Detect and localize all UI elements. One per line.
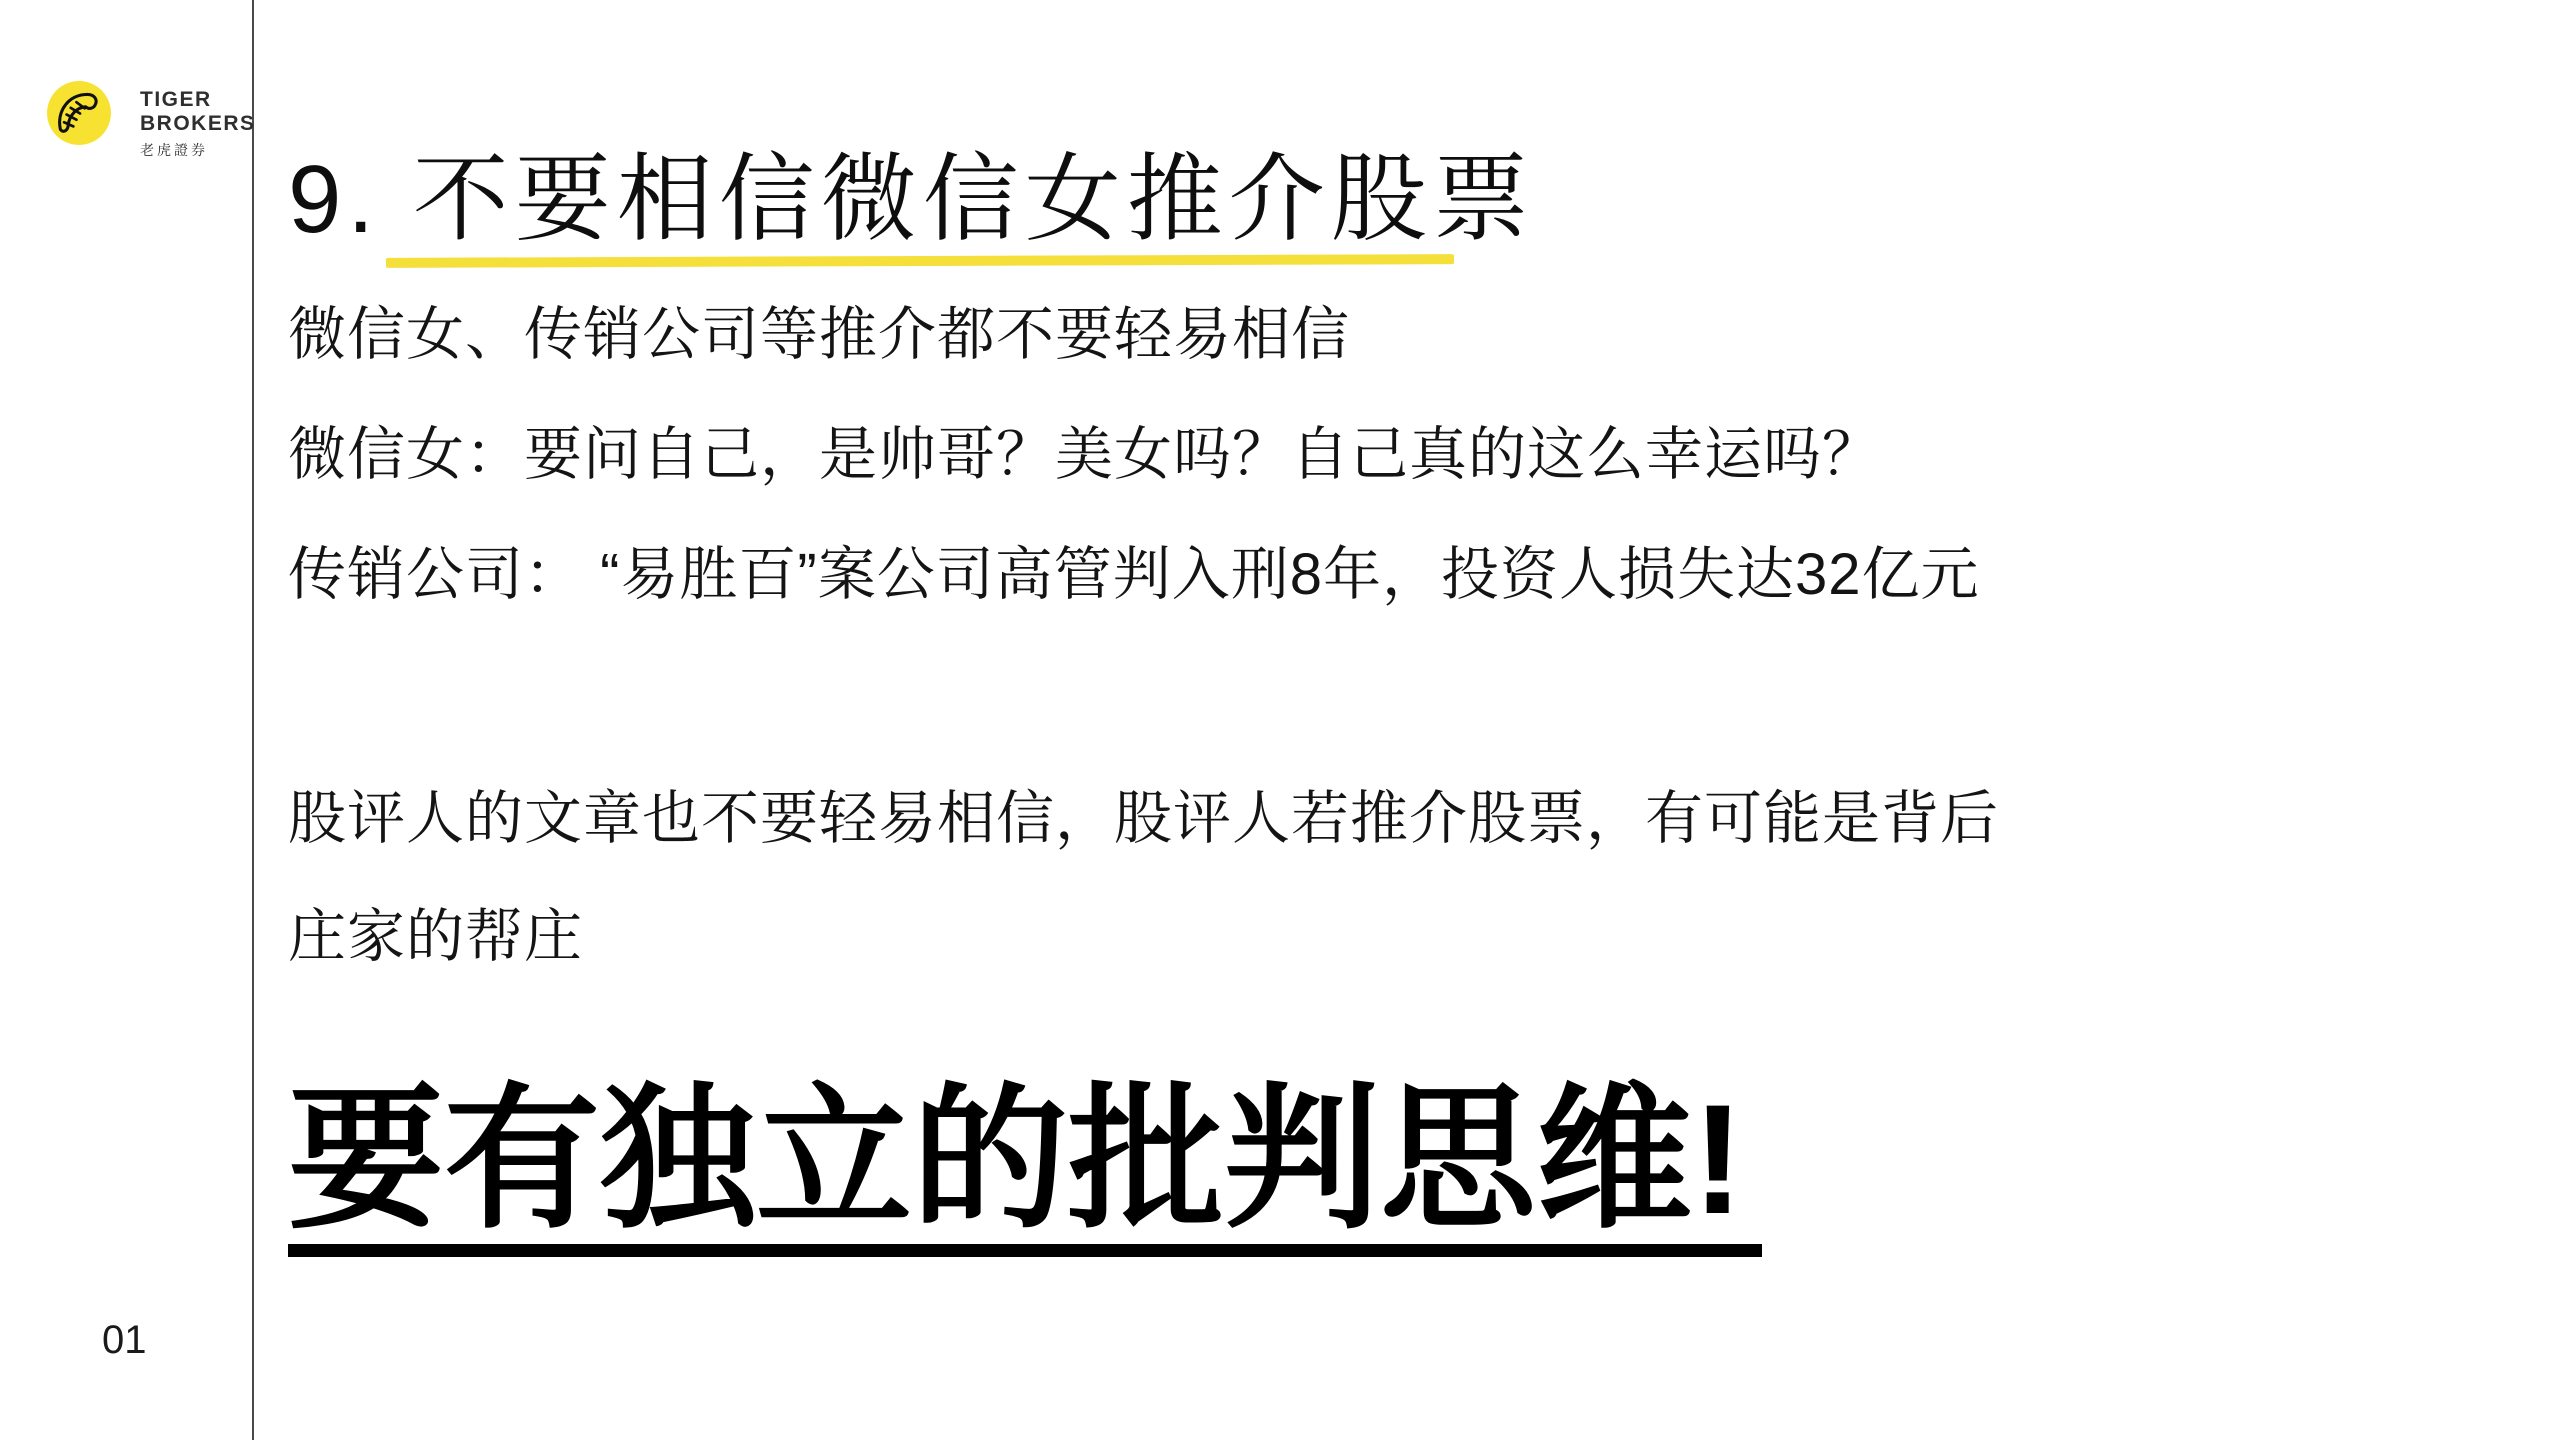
tiger-brokers-logo: TIGER BROKERS 老虎證券 (46, 80, 256, 160)
logo-brand-chinese: 老虎證券 (140, 140, 256, 160)
page-number: 01 (102, 1318, 147, 1363)
logo-brand-line2: BROKERS (140, 112, 256, 136)
body-line-3: 传销公司： “易胜百”案公司高管判入刑8年，投资人损失达32亿元 (288, 540, 1980, 610)
body-line-1: 微信女、传销公司等推介都不要轻易相信 (288, 300, 1350, 370)
tiger-tail-icon (46, 80, 112, 146)
slide-title: 9. 不要相信微信女推介股票 (288, 150, 1535, 251)
key-statement: 要有独立的批判思维! (288, 1082, 1762, 1257)
body-paragraph: 股评人的文章也不要轻易相信，股评人若推介股票，有可能是背后庄家的帮庄 (288, 760, 2048, 996)
title-highlight-underline (386, 254, 1454, 268)
logo-text: TIGER BROKERS 老虎證券 (140, 80, 256, 160)
vertical-divider (252, 0, 254, 1440)
body-line-2: 微信女：要问自己，是帅哥？美女吗？自己真的这么幸运吗？ (288, 420, 1881, 490)
logo-brand-line1: TIGER (140, 88, 256, 112)
